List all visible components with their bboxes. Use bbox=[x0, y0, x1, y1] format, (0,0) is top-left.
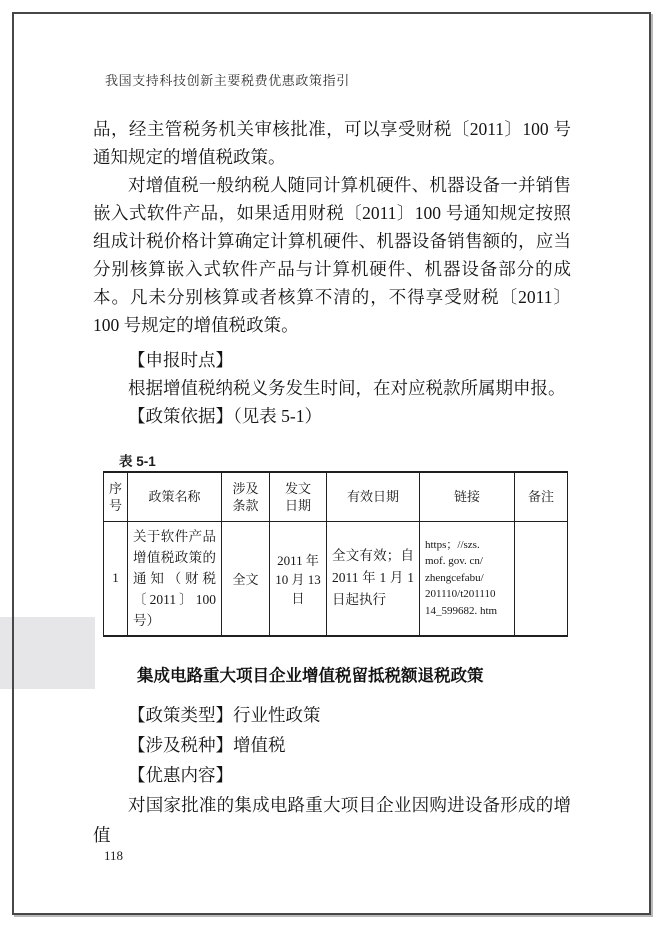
table-row: 1 关于软件产品增值税政策的通知（财税〔2011〕100 号） 全文 2011 … bbox=[104, 521, 568, 636]
col-header-link: 链接 bbox=[420, 472, 515, 521]
table-caption: 表 5-1 bbox=[119, 450, 156, 470]
col-header-no: 序 号 bbox=[104, 472, 128, 521]
cell-no: 1 bbox=[104, 521, 128, 636]
section-heading-ic-vat-refund: 集成电路重大项目企业增值税留抵税额退税政策 bbox=[137, 662, 484, 686]
benefit-text: 对国家批准的集成电路重大项目企业因购进设备形成的增值 bbox=[93, 790, 571, 850]
cell-link-url: https；//szs. mof. gov. cn/ zhengcefabu/ … bbox=[420, 521, 515, 636]
page-content: 我国支持科技创新主要税费优惠政策指引 品，经主管税务机关审核批准，可以享受财税〔… bbox=[0, 0, 664, 929]
col-header-note: 备注 bbox=[515, 472, 568, 521]
cell-note bbox=[515, 521, 568, 636]
benefit-label: 【优惠内容】 bbox=[93, 760, 571, 790]
tax-type-line: 【涉及税种】增值税 bbox=[93, 730, 571, 760]
col-header-name: 政策名称 bbox=[128, 472, 222, 521]
book-page: 我国支持科技创新主要税费优惠政策指引 品，经主管税务机关审核批准，可以享受财税〔… bbox=[0, 0, 664, 929]
col-header-valid-date: 有效日期 bbox=[327, 472, 420, 521]
cell-valid-date: 全文有效；自 2011 年 1 月 1 日起执行 bbox=[327, 521, 420, 636]
table-header-row: 序 号 政策名称 涉及 条款 发文 日期 有效日期 链接 备注 bbox=[104, 472, 568, 521]
policy-basis-table: 序 号 政策名称 涉及 条款 发文 日期 有效日期 链接 备注 1 关于软件产品… bbox=[103, 471, 568, 637]
paragraph-embedded-software: 对增值税一般纳税人随同计算机硬件、机器设备一并销售嵌入式软件产品，如果适用财税〔… bbox=[93, 171, 571, 339]
section-ic-vat-refund: 【政策类型】行业性政策 【涉及税种】增值税 【优惠内容】 对国家批准的集成电路重… bbox=[93, 700, 571, 850]
col-header-issue-date: 发文 日期 bbox=[270, 472, 327, 521]
declare-time-label: 【申报时点】 bbox=[93, 346, 571, 374]
cell-policy-name: 关于软件产品增值税政策的通知（财税〔2011〕100 号） bbox=[128, 521, 222, 636]
cell-issue-date: 2011 年 10 月 13 日 bbox=[270, 521, 327, 636]
section-vat-software: 品，经主管税务机关审核批准，可以享受财税〔2011〕100 号通知规定的增值税政… bbox=[93, 115, 571, 430]
policy-basis-label: 【政策依据】（见表 5-1） bbox=[93, 402, 571, 430]
col-header-clause: 涉及 条款 bbox=[222, 472, 270, 521]
page-number: 118 bbox=[104, 848, 123, 864]
paragraph-continuation: 品，经主管税务机关审核批准，可以享受财税〔2011〕100 号通知规定的增值税政… bbox=[93, 115, 571, 171]
cell-clause: 全文 bbox=[222, 521, 270, 636]
running-header: 我国支持科技创新主要税费优惠政策指引 bbox=[105, 70, 350, 89]
declare-time-text: 根据增值税纳税义务发生时间，在对应税款所属期申报。 bbox=[93, 374, 571, 402]
policy-type-line: 【政策类型】行业性政策 bbox=[93, 700, 571, 730]
